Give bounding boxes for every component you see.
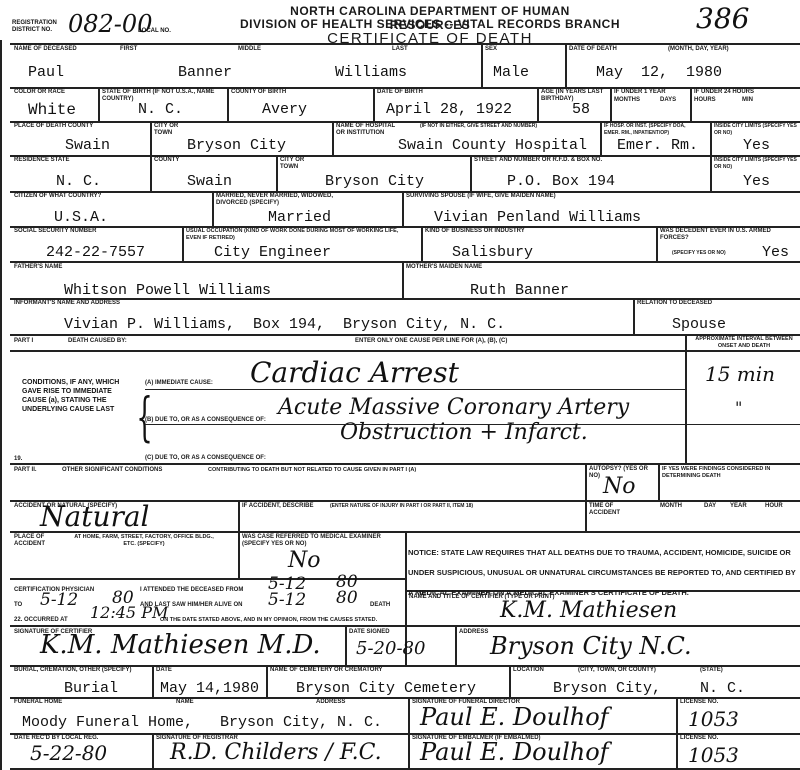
day-label: DAY [704, 503, 716, 510]
cause-a-label: (a) IMMEDIATE CAUSE: [145, 380, 213, 387]
informant: Vivian P. Williams, Box 194, Bryson City… [64, 316, 505, 333]
attended-from-label: I ATTENDED THE DECEASED FROM [140, 587, 243, 594]
ssn: 242-22-7557 [46, 244, 145, 261]
cause-b-line1: Acute Massive Coronary Artery [278, 395, 629, 420]
hour-label: HOUR [765, 503, 783, 510]
form-rule [656, 226, 658, 261]
describe-label: IF ACCIDENT, DESCRIBE [242, 503, 313, 510]
autopsy: No [603, 474, 636, 499]
form-rule [373, 87, 375, 121]
date-received: 5-22-80 [30, 741, 107, 765]
month-label: MONTH [660, 503, 682, 510]
disposition-method: Burial [64, 680, 118, 697]
last-label: LAST [392, 46, 408, 53]
hosp-type-label: IF HOSP. OR INST. (Specify DOA, Emer. Rm… [604, 123, 694, 137]
form-rule [610, 87, 612, 121]
occupation-label: USUAL OCCUPATION (KIND OF WORK DONE DURI… [186, 228, 406, 242]
state-of-birth: N. C. [138, 101, 183, 118]
race: White [28, 101, 76, 119]
date-of-death: May 12, 1980 [596, 64, 722, 81]
form-rule [10, 155, 800, 157]
form-rule [690, 87, 692, 121]
form-rule [633, 298, 635, 334]
hospital-hint: (IF NOT IN EITHER, GIVE STREET AND NUMBE… [420, 123, 537, 130]
occurred-at-label: 22. OCCURRED AT [14, 617, 68, 624]
place-city: Bryson City [187, 137, 286, 154]
informant-label: INFORMANT'S NAME AND ADDRESS [14, 300, 120, 307]
form-rule [710, 121, 712, 191]
form-rule [266, 665, 268, 697]
form-rule [470, 155, 472, 191]
medical-examiner-label: WAS CASE REFERRED TO MEDICAL EXAMINER (S… [242, 534, 392, 548]
hospital-label: NAME OF HOSPITAL OR INSTITUTION [336, 123, 396, 137]
residence-state-label: RESIDENCE STATE [14, 157, 69, 164]
form-rule [10, 261, 800, 263]
form-rule [150, 121, 152, 191]
cause-b-label: (b) DUE TO, OR AS A CONSEQUENCE OF: [145, 417, 266, 424]
residence-city-label: CITY OR TOWN [280, 157, 310, 171]
local-no-label: LOCAL NO. [138, 28, 171, 34]
registrar-signature: R.D. Childers / F.C. [170, 740, 382, 765]
part2-label: PART II. [14, 467, 37, 474]
form-rule [537, 87, 539, 121]
relation-label: RELATION TO DECEASED [637, 300, 712, 307]
part1-label: PART I [14, 338, 33, 345]
residence-inside-city-label: INSIDE CITY LIMITS (SPECIFY YES OR NO) [714, 157, 800, 171]
sex-label: SEX [485, 46, 497, 53]
surviving-spouse: Vivian Penland Williams [434, 209, 641, 226]
cause-a-interval: 15 min [705, 362, 775, 386]
race-label: COLOR OR RACE [14, 89, 65, 96]
form-rule [98, 87, 100, 121]
cause-instruction: ENTER ONLY ONE CAUSE PER LINE FOR (a), (… [355, 338, 507, 345]
residence-inside-city: Yes [743, 173, 770, 190]
under-1yr-label: IF UNDER 1 YEAR [614, 89, 666, 96]
funeral-name-label: NAME [176, 699, 194, 706]
residence-state: N. C. [56, 173, 101, 190]
marital-label: MARRIED, NEVER MARRIED, WIDOWED, DIVORCE… [216, 193, 336, 207]
cemetery: Bryson City Cemetery [296, 680, 476, 697]
mother-label: MOTHER'S MAIDEN NAME [406, 264, 482, 271]
marital-status: Married [268, 209, 331, 226]
hours-label: HOURS [694, 97, 716, 104]
caused-by-label: DEATH CAUSED BY: [68, 338, 127, 345]
attended-to: 5-12 [40, 590, 78, 610]
describe-hint: (ENTER NATURE OF INJURY IN PART I OR PAR… [330, 503, 473, 510]
citizen: U.S.A. [54, 209, 108, 226]
form-rule [509, 665, 511, 697]
header-division: DIVISION OF HEALTH SERVICES -- VITAL REC… [230, 17, 630, 31]
form-rule [152, 665, 154, 697]
form-rule [145, 389, 685, 390]
armed-forces-hint: (SPECIFY YES OR NO) [672, 250, 726, 257]
middle-label: MIDDLE [238, 46, 261, 53]
form-rule [10, 43, 800, 45]
business-label: KIND OF BUSINESS OR INDUSTRY [425, 228, 525, 235]
place-city-label: CITY OR TOWN [154, 123, 184, 137]
manner: Natural [40, 500, 150, 533]
disposition-method-label: BURIAL, CREMATION, OTHER (SPECIFY) [14, 667, 134, 674]
name-label: NAME OF DECEASED [14, 46, 77, 53]
opinion-text: ON THE DATE STATED ABOVE, AND IN MY OPIN… [160, 617, 377, 624]
form-rule [182, 226, 184, 261]
medical-examiner: No [288, 548, 321, 573]
funeral-address-label: ADDRESS [316, 699, 345, 706]
days-label: DAYS [660, 97, 676, 104]
form-rule [565, 45, 567, 87]
armed-forces-label: WAS DECEDENT EVER IN U.S. ARMED FORCES? [660, 228, 798, 242]
armed-forces: Yes [762, 244, 789, 261]
form-rule [402, 191, 404, 226]
place-of-accident-label: PLACE OF ACCIDENT [14, 534, 54, 548]
item-19-label: 19. [14, 456, 22, 463]
date-signed-label: DATE SIGNED [349, 629, 390, 636]
place-county-label: PLACE OF DEATH COUNTY [14, 123, 94, 130]
form-rule [408, 697, 410, 768]
time-of-accident-label: TIME OF ACCIDENT [589, 503, 639, 517]
form-rule [585, 463, 587, 531]
father-label: FATHER'S NAME [14, 264, 62, 271]
cemetery-label: NAME OF CEMETERY OR CREMATORY [270, 667, 383, 674]
certifier-address-label: ADDRESS [459, 629, 488, 636]
other-conditions-hint: CONTRIBUTING TO DEATH BUT NOT RELATED TO… [208, 467, 416, 474]
last-seen: 5-12 [268, 590, 306, 610]
funeral-home: Moody Funeral Home, Bryson City, N. C. [22, 714, 382, 731]
middle-name: Banner [178, 64, 232, 81]
months-label: MONTHS [614, 97, 640, 104]
date-signed: 5-20-80 [356, 638, 425, 659]
inside-city: Yes [743, 137, 770, 154]
form-rule [212, 191, 214, 226]
location-label: LOCATION [513, 667, 544, 674]
registration-label: REGISTRATION DISTRICT NO. [12, 20, 67, 34]
occurred-time: 12:45 PM [90, 603, 168, 622]
residence-city: Bryson City [325, 173, 424, 190]
residence-county-label: COUNTY [154, 157, 179, 164]
form-rule [10, 334, 800, 336]
inside-city-label: INSIDE CITY LIMITS (SPECIFY YES OR NO) [714, 123, 800, 137]
age: 58 [572, 101, 590, 118]
form-rule [10, 350, 800, 352]
year-label: YEAR [730, 503, 747, 510]
date-of-death-label: DATE OF DEATH [569, 46, 617, 53]
father-name: Whitson Powell Williams [64, 282, 271, 299]
findings-label: IF YES WERE FINDINGS CONSIDERED IN DETER… [662, 466, 798, 480]
form-rule [455, 625, 457, 665]
disposition-date-label: DATE [156, 667, 172, 674]
conditions-text: CONDITIONS, IF ANY, WHICH GAVE RISE TO I… [22, 378, 122, 414]
county-of-birth-label: COUNTY OF BIRTH [231, 89, 286, 96]
form-rule [145, 424, 800, 425]
license-label: LICENSE NO. [680, 699, 718, 706]
residence-county: Swain [187, 173, 232, 190]
disposition-date: May 14,1980 [160, 680, 259, 697]
place-of-accident-hint: AT HOME, FARM, STREET, FACTORY, OFFICE B… [74, 534, 214, 548]
mother-name: Ruth Banner [470, 282, 569, 299]
residence-street: P.O. Box 194 [507, 173, 615, 190]
ssn-label: SOCIAL SECURITY NUMBER [14, 228, 96, 235]
county-of-birth: Avery [262, 101, 307, 118]
form-rule [152, 733, 154, 768]
form-rule [238, 500, 240, 578]
citizen-label: CITIZEN OF WHAT COUNTRY? [14, 193, 101, 200]
business: Salisbury [452, 244, 533, 261]
last-name: Williams [335, 64, 407, 81]
cause-c-label: (c) DUE TO, OR AS A CONSEQUENCE OF: [145, 455, 266, 462]
min-label: MIN [742, 97, 753, 104]
sex: Male [493, 64, 529, 81]
location-hint: (CITY, TOWN, OR COUNTY) [578, 667, 656, 674]
to-label: TO [14, 602, 22, 609]
form-rule [676, 697, 678, 768]
place-county: Swain [65, 137, 110, 154]
form-rule [332, 121, 334, 155]
certifier-signature: K.M. Mathiesen M.D. [40, 630, 321, 660]
form-rule [402, 261, 404, 298]
form-rule [276, 155, 278, 191]
funeral-director-signature: Paul E. Doulhof [420, 703, 609, 731]
form-rule [685, 334, 687, 463]
occupation: City Engineer [214, 244, 331, 261]
first-name: Paul [28, 64, 64, 81]
date-of-birth: April 28, 1922 [386, 101, 512, 118]
cause-a: Cardiac Arrest [250, 356, 459, 389]
funeral-director-license: 1053 [688, 707, 739, 731]
form-rule [421, 226, 423, 261]
form-rule [227, 87, 229, 121]
state-label: (STATE) [700, 667, 723, 674]
first-label: FIRST [120, 46, 137, 53]
form-rule [600, 121, 602, 155]
form-rule [10, 191, 800, 193]
form-rule [345, 625, 347, 665]
embalmer-license-label: LICENSE NO. [680, 735, 718, 742]
certifier-name: K.M. Mathiesen [500, 598, 677, 623]
form-rule [658, 463, 660, 500]
under-24h-label: IF UNDER 24 HOURS [694, 89, 754, 96]
interval-label: APPROXIMATE INTERVAL BETWEEN ONSET AND D… [692, 336, 796, 350]
certificate-number: 386 [696, 2, 749, 35]
page-edge [0, 40, 10, 770]
other-conditions-label: OTHER SIGNIFICANT CONDITIONS [62, 467, 162, 474]
certifier-address: Bryson City N.C. [490, 632, 692, 660]
form-rule [10, 463, 800, 465]
location-city: Bryson City, [553, 680, 661, 697]
residence-street-label: STREET AND NUMBER OR R.F.D. & BOX NO. [474, 157, 602, 164]
hosp-type: Emer. Rm. [617, 137, 698, 154]
death-certificate: NORTH CAROLINA DEPARTMENT OF HUMAN RESOU… [0, 0, 800, 770]
embalmer-license: 1053 [688, 743, 739, 767]
death-label: DEATH [370, 602, 390, 609]
embalmer-signature: Paul E. Doulhof [420, 738, 609, 766]
date-of-death-hint: (MONTH, DAY, YEAR) [668, 46, 729, 53]
hospital: Swain County Hospital [398, 137, 587, 154]
location-state: N. C. [700, 680, 745, 697]
cause-b-interval: " [735, 398, 742, 417]
date-of-birth-label: DATE OF BIRTH [377, 89, 423, 96]
form-rule [481, 45, 483, 87]
relation: Spouse [672, 316, 726, 333]
spouse-label: SURVIVING SPOUSE (IF WIFE, GIVE MAIDEN N… [406, 193, 556, 200]
last-seen-year: 80 [336, 588, 358, 608]
funeral-home-label: FUNERAL HOME [14, 699, 62, 706]
